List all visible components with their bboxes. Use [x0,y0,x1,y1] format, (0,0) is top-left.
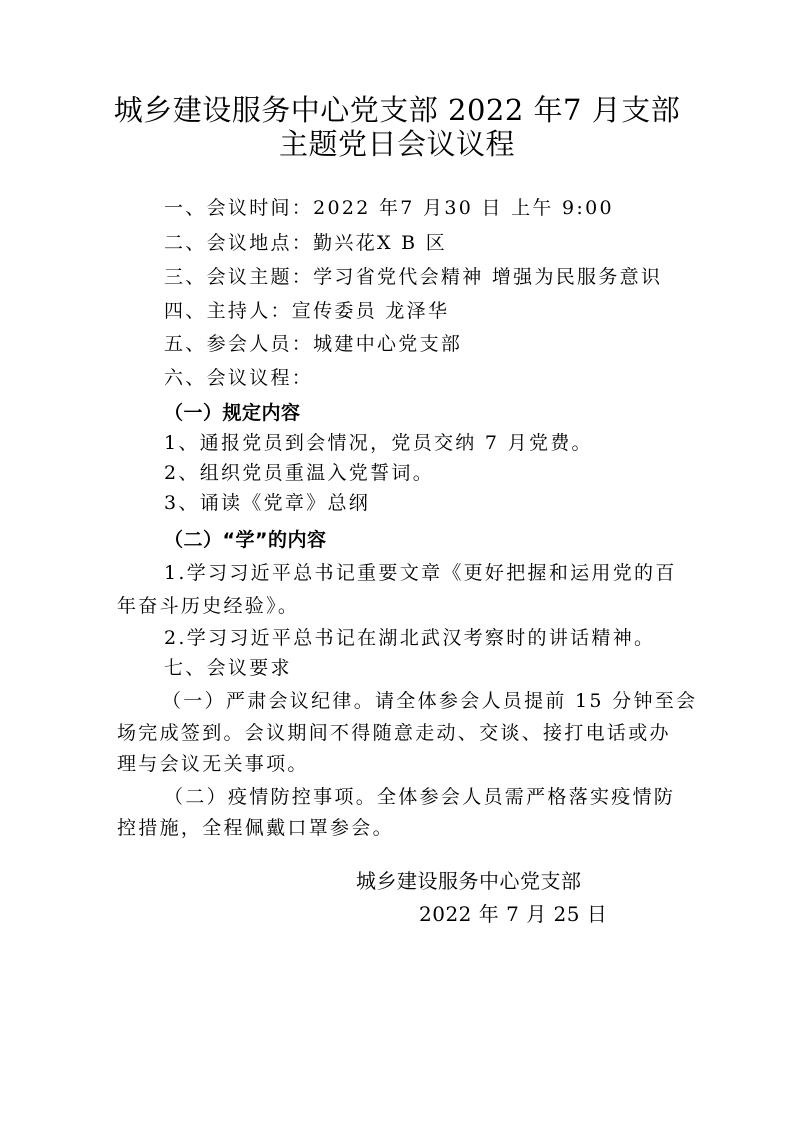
section-1-point-3: 3、诵读《党章》总纲 [164,491,370,515]
section-2-point-1-line1: 1.学习习近平总书记重要文章《更好把握和运用党的百 [164,561,677,585]
signature-organization: 城乡建设服务中心党支部 [356,869,582,893]
meeting-agenda-label: 六、会议议程： [164,366,313,390]
meeting-host: 四、主持人：宣传委员 龙泽华 [164,299,449,323]
requirement-1-line1: （一）严肃会议纪律。请全体参会人员提前 15 分钟至会 [162,689,697,713]
requirement-1-line3: 理与会议无关事项。 [117,752,309,776]
signature-date: 2022 年 7 月 25 日 [419,902,607,926]
requirement-2-line2: 控措施，全程佩戴口罩参会。 [117,816,394,840]
section-1-point-1: 1、通报党员到会情况，党员交纳 7 月党费。 [164,431,593,455]
section-1-point-2: 2、组织党员重温入党誓词。 [164,461,434,485]
section-1-heading: （一）规定内容 [164,401,301,425]
document-page: 城乡建设服务中心党支部 2022 年7 月支部 主题党日会议议程 一、会议时间：… [0,0,794,1122]
section-2-point-1-line2: 年奋斗历史经验》。 [117,594,299,618]
requirement-1-line2: 场完成签到。会议期间不得随意走动、交谈、接打电话或办 [117,721,671,745]
requirement-2-line1: （二）疫情防控事项。全体参会人员需严格落实疫情防 [164,785,675,809]
meeting-attendees: 五、参会人员：城建中心党支部 [164,332,462,356]
document-title-line1: 城乡建设服务中心党支部 2022 年7 月支部 [0,93,794,127]
document-title-line2: 主题党日会议议程 [0,127,794,161]
meeting-location: 二、会议地点：勤兴花X B 区 [164,231,447,255]
meeting-time: 一、会议时间：2022 年7 月30 日 上午 9:00 [164,196,614,220]
section-2-heading: （二）“学”的内容 [164,528,326,552]
section-2-point-2: 2.学习习近平总书记在湖北武汉考察时的讲话精神。 [164,626,655,650]
meeting-theme: 三、会议主题：学习省党代会精神 增强为民服务意识 [164,265,662,289]
requirements-heading: 七、会议要求 [164,656,292,680]
